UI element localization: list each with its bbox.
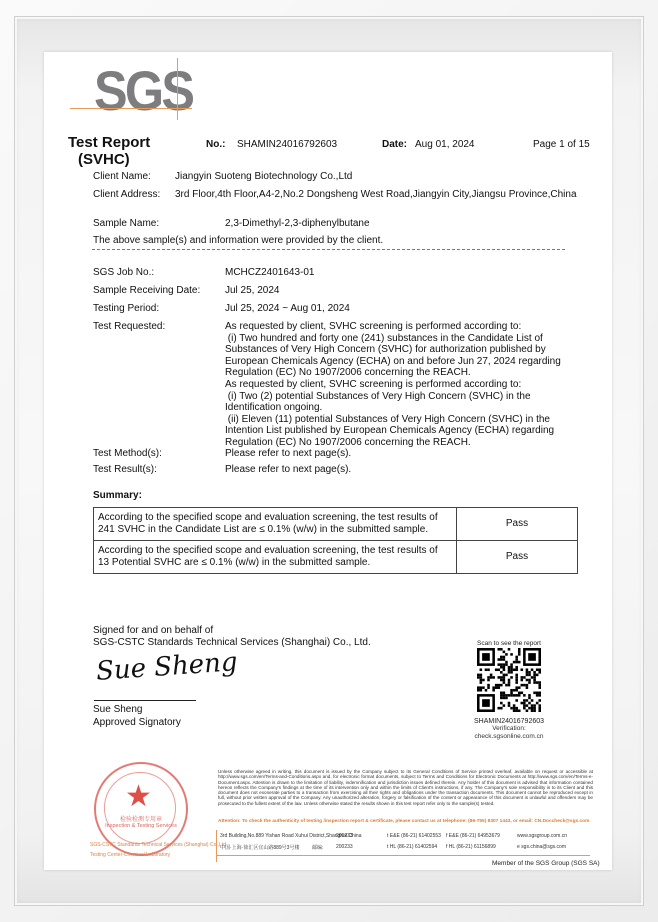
receiving-date-value: Jul 25, 2024 xyxy=(225,285,280,296)
signatory-role: Approved Signatory xyxy=(93,717,181,728)
website-link[interactable]: www.sgsgroup.com.cn xyxy=(517,833,567,839)
summary-text-line: According to the specified scope and eva… xyxy=(98,512,452,524)
test-requested-label: Test Requested: xyxy=(93,321,165,332)
stamp-text-en: Inspection & Testing Services xyxy=(96,823,186,829)
dashed-divider xyxy=(92,249,565,250)
test-method-value: Please refer to next page(s). xyxy=(225,448,351,459)
report-no-label: No.: xyxy=(206,139,225,150)
test-result-label: Test Result(s): xyxy=(93,464,157,475)
authenticity-notice: Attention: To check the authenticity of … xyxy=(218,819,598,824)
summary-result: Pass xyxy=(457,508,578,541)
postcode-cn: 200233 xyxy=(336,844,353,850)
report-page: SGS Test Report (SVHC) No.: SHAMIN240167… xyxy=(44,52,612,870)
summary-text-line: 13 Potential SVHC are ≤ 0.1% (w/w) in th… xyxy=(98,557,452,569)
requested-line: Regulation (EC) No 1907/2006 concerning … xyxy=(225,437,561,449)
testing-period-value: Jul 25, 2024 ~ Aug 01, 2024 xyxy=(225,303,350,314)
client-address-value: 3rd Floor,4th Floor,A4-2,No.2 Dongsheng … xyxy=(175,189,577,200)
disclaimer-text: Unless otherwise agreed in writing, this… xyxy=(218,769,593,806)
summary-text: According to the specified scope and eva… xyxy=(94,541,457,574)
fax-ee: f E&E (86-21) 64953679 xyxy=(446,833,500,839)
phone-ee: t E&E (86-21) 61402553 xyxy=(387,833,441,839)
requested-line: As requested by client, SVHC screening i… xyxy=(225,379,561,391)
postcode-cn-label: 邮编: xyxy=(312,844,323,851)
summary-table: According to the specified scope and eva… xyxy=(93,507,578,574)
test-requested-text: As requested by client, SVHC screening i… xyxy=(225,321,561,449)
requested-line: Intention List published by European Che… xyxy=(225,425,561,437)
sample-name-value: 2,3-Dimethyl-2,3-diphenylbutane xyxy=(225,218,370,229)
summary-text-line: 241 SVHC in the Candidate List are ≤ 0.1… xyxy=(98,524,452,536)
report-title: Test Report xyxy=(68,134,150,151)
requested-line: (ii) Eleven (11) potential Substances of… xyxy=(225,414,561,426)
client-address-label: Client Address: xyxy=(93,189,160,200)
email-link[interactable]: e sgs.china@sgs.com xyxy=(517,844,566,850)
stamp-text-cn: 检验检测专用章 xyxy=(96,814,186,823)
member-note: Member of the SGS Group (SGS SA) xyxy=(492,860,600,867)
requested-line: Identification ongoing. xyxy=(225,402,561,414)
summary-text: According to the specified scope and eva… xyxy=(94,508,457,541)
testing-period-label: Testing Period: xyxy=(93,303,159,314)
fax-hl: f HL (86-21) 61156899 xyxy=(446,844,496,850)
stamp-side-line1: SGS-CSTC Standards Technical Services (S… xyxy=(90,842,226,848)
report-no-value: SHAMIN24016792603 xyxy=(237,139,337,150)
requested-line: Substances of Very High Concern (SVHC) f… xyxy=(225,344,561,356)
requested-line: European Chemicals Agency (ECHA) on and … xyxy=(225,356,561,368)
summary-label: Summary: xyxy=(93,490,142,501)
phone-hl: t HL (86-21) 61402594 xyxy=(387,844,437,850)
logo-vertical-line xyxy=(177,58,178,120)
requested-line: Regulation (EC) No 1907/2006 concerning … xyxy=(225,367,561,379)
report-subtitle: (SVHC) xyxy=(78,151,130,168)
date-value: Aug 01, 2024 xyxy=(415,139,475,150)
summary-result: Pass xyxy=(457,541,578,574)
address-cn: 中国·上海·徐汇区宜山路889号3号楼 xyxy=(220,844,299,851)
qr-block: Scan to see the report SHAMIN24016792603… xyxy=(471,640,547,741)
summary-row: According to the specified scope and eva… xyxy=(94,541,578,574)
address-divider-horizontal xyxy=(216,855,590,856)
qr-verification-site[interactable]: check.sgsonline.com.cn xyxy=(471,733,547,741)
signature-line xyxy=(94,700,196,701)
handwritten-signature: Sue Sheng xyxy=(95,647,238,687)
job-no-label: SGS Job No.: xyxy=(93,267,154,278)
requested-line: As requested by client, SVHC screening i… xyxy=(225,321,561,333)
qr-report-id: SHAMIN24016792603 xyxy=(471,718,547,725)
qr-verification-label: Verification: xyxy=(471,725,547,733)
requested-line: (i) Two (2) potential Substances of Very… xyxy=(225,391,561,403)
postcode-en: 200233 xyxy=(336,833,353,839)
receiving-date-label: Sample Receiving Date: xyxy=(93,285,200,296)
requested-line: (i) Two hundred and forty one (241) subs… xyxy=(225,333,561,345)
test-method-label: Test Method(s): xyxy=(93,448,162,459)
logo-underline xyxy=(70,108,192,109)
address-divider-vertical xyxy=(216,830,217,862)
page-indicator: Page 1 of 15 xyxy=(533,139,590,150)
sample-name-label: Sample Name: xyxy=(93,218,159,229)
date-label: Date: xyxy=(382,139,407,150)
client-name-label: Client Name: xyxy=(93,171,151,182)
test-result-value: Please refer to next page(s). xyxy=(225,464,351,475)
qr-code-icon[interactable] xyxy=(477,648,541,712)
stamp-side-line2: Testing Center-Chemical Laboratory xyxy=(90,852,170,858)
job-no-value: MCHCZ2401643-01 xyxy=(225,267,315,278)
signatory-name: Sue Sheng xyxy=(93,704,143,715)
summary-text-line: According to the specified scope and eva… xyxy=(98,545,452,557)
star-icon: ★ xyxy=(125,782,152,812)
sample-note: The above sample(s) and information were… xyxy=(93,235,383,246)
summary-row: According to the specified scope and eva… xyxy=(94,508,578,541)
qr-caption: Scan to see the report xyxy=(471,640,547,647)
signed-for-text: Signed for and on behalf of xyxy=(93,625,213,636)
client-name-value: Jiangyin Suoteng Biotechnology Co.,Ltd xyxy=(175,171,352,182)
